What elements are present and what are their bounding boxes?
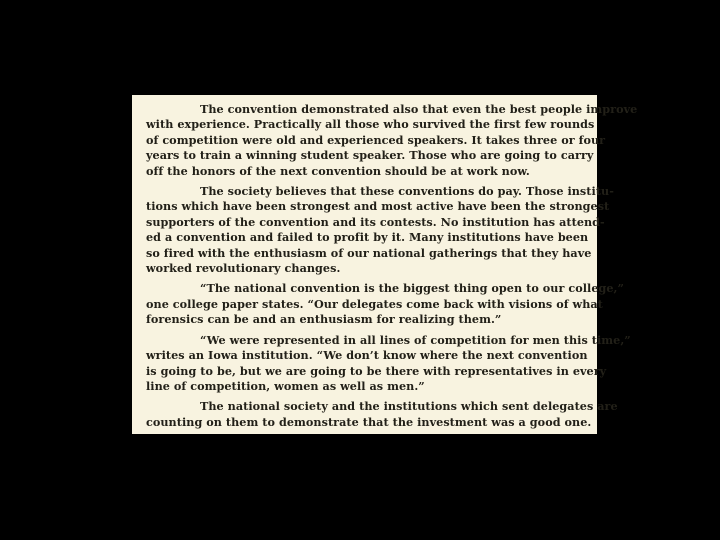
text-line: years to train a winning student speaker… [146,148,585,163]
text-line: one college paper states. “Our delegates… [146,297,585,312]
text-line: “We were represented in all lines of com… [146,333,585,348]
scanned-page: The convention demonstrated also that ev… [132,95,597,434]
text-line: The convention demonstrated also that ev… [146,102,585,117]
text-line: line of competition, women as well as me… [146,379,585,394]
text-line: worked revolutionary changes. [146,261,585,276]
text-line: The society believes that these conventi… [146,184,585,199]
text-line: writes an Iowa institution. “We don’t kn… [146,348,585,363]
text-line: The national society and the institution… [146,399,585,414]
text-line: counting on them to demonstrate that the… [146,415,585,430]
paragraph-2: The society believes that these conventi… [146,184,585,276]
paragraph-3: “The national convention is the biggest … [146,281,585,327]
text-line: with experience. Practically all those w… [146,117,585,132]
text-line: is going to be, but we are going to be t… [146,364,585,379]
text-line: forensics can be and an enthusiasm for r… [146,312,585,327]
paragraph-5: The national society and the institution… [146,399,585,430]
text-line: tions which have been strongest and most… [146,199,585,214]
text-line: ed a convention and failed to profit by … [146,230,585,245]
text-line: of competition were old and experienced … [146,133,585,148]
text-line: supporters of the convention and its con… [146,215,585,230]
text-line: “The national convention is the biggest … [146,281,585,296]
text-line: so fired with the enthusiasm of our nati… [146,246,585,261]
text-line: off the honors of the next convention sh… [146,164,585,179]
paragraph-1: The convention demonstrated also that ev… [146,102,585,179]
paragraph-4: “We were represented in all lines of com… [146,333,585,395]
